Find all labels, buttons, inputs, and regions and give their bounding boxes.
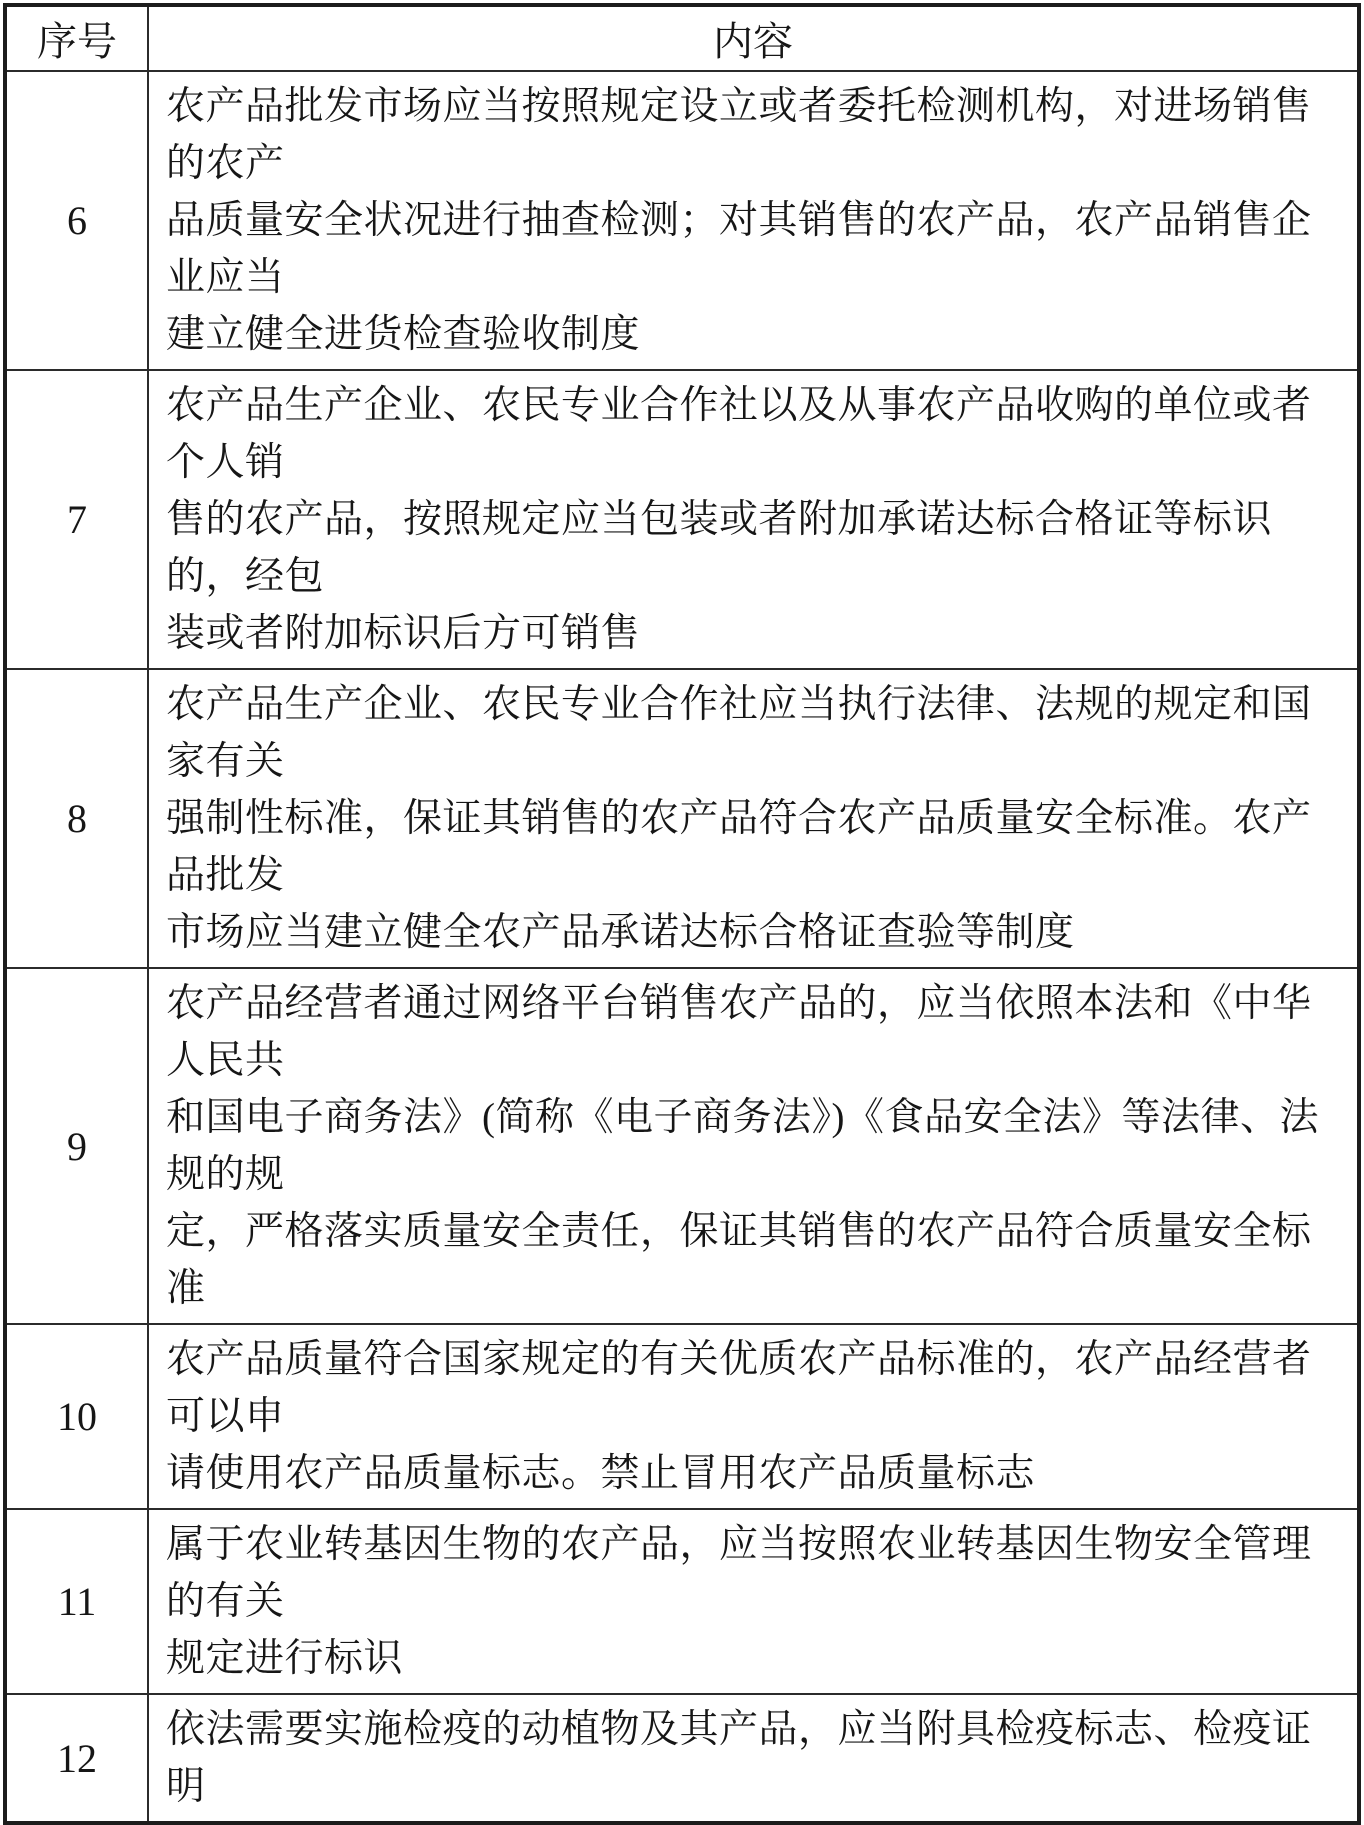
table-row: 6 农产品批发市场应当按照规定设立或者委托检测机构，对进场销售的农产 品质量安全… <box>5 71 1359 370</box>
table-row: 11 属于农业转基因生物的农产品，应当按照农业转基因生物安全管理的有关 规定进行… <box>5 1509 1359 1694</box>
row-content-cell: 农产品经营者通过网络平台销售农产品的，应当依照本法和《中华人民共 和国电子商务法… <box>148 968 1359 1324</box>
header-row: 序号 内容 <box>5 5 1359 71</box>
row-content-cell: 农产品生产企业、农民专业合作社以及从事农产品收购的单位或者个人销 售的农产品，按… <box>148 370 1359 669</box>
header-cell-number: 序号 <box>5 5 148 71</box>
header-cell-content: 内容 <box>148 5 1359 71</box>
row-content-cell: 农产品质量符合国家规定的有关优质农产品标准的，农产品经营者可以申 请使用农产品质… <box>148 1324 1359 1509</box>
row-number-cell: 6 <box>5 71 148 370</box>
table-row: 8 农产品生产企业、农民专业合作社应当执行法律、法规的规定和国家有关 强制性标准… <box>5 669 1359 968</box>
row-number-cell: 9 <box>5 968 148 1324</box>
row-content-cell: 属于农业转基因生物的农产品，应当按照农业转基因生物安全管理的有关 规定进行标识 <box>148 1509 1359 1694</box>
row-content-cell: 依法需要实施检疫的动植物及其产品，应当附具检疫标志、检疫证明 <box>148 1694 1359 1823</box>
row-number-cell: 8 <box>5 669 148 968</box>
row-number-cell: 11 <box>5 1509 148 1694</box>
table-row: 10 农产品质量符合国家规定的有关优质农产品标准的，农产品经营者可以申 请使用农… <box>5 1324 1359 1509</box>
regulations-table: 序号 内容 6 农产品批发市场应当按照规定设立或者委托检测机构，对进场销售的农产… <box>3 3 1361 1825</box>
row-content-cell: 农产品生产企业、农民专业合作社应当执行法律、法规的规定和国家有关 强制性标准，保… <box>148 669 1359 968</box>
table-row: 12 依法需要实施检疫的动植物及其产品，应当附具检疫标志、检疫证明 <box>5 1694 1359 1823</box>
table-row: 9 农产品经营者通过网络平台销售农产品的，应当依照本法和《中华人民共 和国电子商… <box>5 968 1359 1324</box>
row-content-cell: 农产品批发市场应当按照规定设立或者委托检测机构，对进场销售的农产 品质量安全状况… <box>148 71 1359 370</box>
row-number-cell: 12 <box>5 1694 148 1823</box>
table-row: 7 农产品生产企业、农民专业合作社以及从事农产品收购的单位或者个人销 售的农产品… <box>5 370 1359 669</box>
row-number-cell: 7 <box>5 370 148 669</box>
row-number-cell: 10 <box>5 1324 148 1509</box>
